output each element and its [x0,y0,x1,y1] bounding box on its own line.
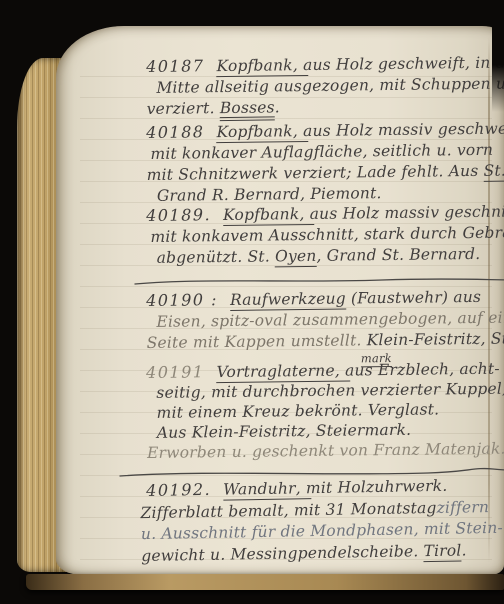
entry-text: verziert. [147,99,220,118]
entry-text: Mitte allseitig ausgezogen, mit Schuppen… [156,74,504,97]
entry-number: 40192. [146,480,211,500]
entry-text: . [461,541,466,559]
entry-text: u. Ausschnitt für die Mondphasen, mit St… [141,519,503,543]
entry-number: 40188 [146,122,205,142]
entry-line: seitig, mit durchbrochen verzierter Kupp… [156,378,504,403]
entry-number: 40189. [146,205,211,225]
entry-line: verziert. Bosses. [147,94,504,120]
provenance-name: Bosses [220,98,275,121]
entry-line: Mitte allseitig ausgezogen, mit Schuppen… [156,73,504,99]
book-cover-bottom-edge [26,574,504,590]
entry-text: , aus Holz massiv geschweift [293,119,504,140]
entry-text: mit konkavem Ausschnitt, stark durch Geb… [150,223,504,246]
entry-text: gewicht u. Messingpendelscheibe. [141,542,423,565]
entry-text: Seite mit Kappen umstellt. [147,331,367,352]
entry-number: 40191 [146,362,205,382]
entry-text: Eisen, spitz-oval zusammengebogen, auf e… [156,308,504,331]
ledger-entry-40190: 40190 :Raufwerkzeug (Faustwehr) aus Eise… [146,285,504,368]
entry-text: ziffern [436,498,489,517]
object-name: Raufwerkzeug [230,290,346,311]
entry-text: Aus Klein-Feistritz, Steiermark. [157,421,412,442]
entry-text: Erworben u. geschenkt von Franz Matenjak… [147,440,504,462]
ledger-entry-40192: 40192.Wanduhr, mit Holzuhrwerk. Zifferbl… [146,473,504,567]
ledger-page: 40187Kopfbank, aus Holz geschweift, in d… [56,26,504,575]
entry-text: . [275,98,280,116]
entry-text: mit einem Kreuz bekrönt. Verglast. [157,400,440,421]
entry-text: , aus Erzblech, acht- [335,360,500,380]
entry-text: , aus Holz massiv geschnitzt [299,202,504,223]
photo-corner-shadow [492,26,504,112]
entry-text: , Grand St. Bernard. [316,245,480,265]
ledger-entry-40187: 40187Kopfbank, aus Holz geschweift, in d… [146,51,504,120]
ledger-entry-40191: 40191Vortraglaterne, aus Erzblech, acht-… [146,358,504,463]
provenance-name: St. Oyen [483,161,504,182]
entry-text: seitig, mit durchbrochen verzierter Kupp… [156,380,504,402]
ledger-entry-40189: 40189.Kopfbank, aus Holz massiv geschnit… [146,200,504,269]
entry-line: abgenützt. St. Oyen, Grand St. Bernard. [157,243,504,269]
provenance-name: Oyen [275,247,317,268]
entry-text: (Faustwehr) aus [346,288,481,308]
entry-text: , mit Holzuhrwerk. [296,477,448,498]
acquisition-note-line: Erworben u. geschenkt von Franz Matenjak… [147,438,504,463]
ledger-entry-40188: 40188Kopfbank, aus Holz massiv geschweif… [146,117,504,207]
entry-line: mit Schnitzwerk verziert; Lade fehlt. Au… [147,160,504,186]
provenance-name: Tirol [423,541,461,562]
entry-text: , aus Holz geschweift, in der [293,53,504,74]
entry-text: Zifferblatt bemalt, mit 31 Monatstag [140,498,436,521]
entry-text: abgenützt. St. [157,247,276,266]
entry-text: mit Schnitzwerk verziert; Lade fehlt. Au… [147,162,484,184]
entry-number: 40187 [146,56,205,76]
entry-line: Seite mit Kappen umstellt. Klein-Feistri… [147,328,504,354]
entry-text: mit konkaver Auflagfläche, seitlich u. v… [150,141,493,163]
entry-number: 40190 : [146,290,218,310]
entry-text: Klein-Feistritz, Steier- [367,329,504,349]
